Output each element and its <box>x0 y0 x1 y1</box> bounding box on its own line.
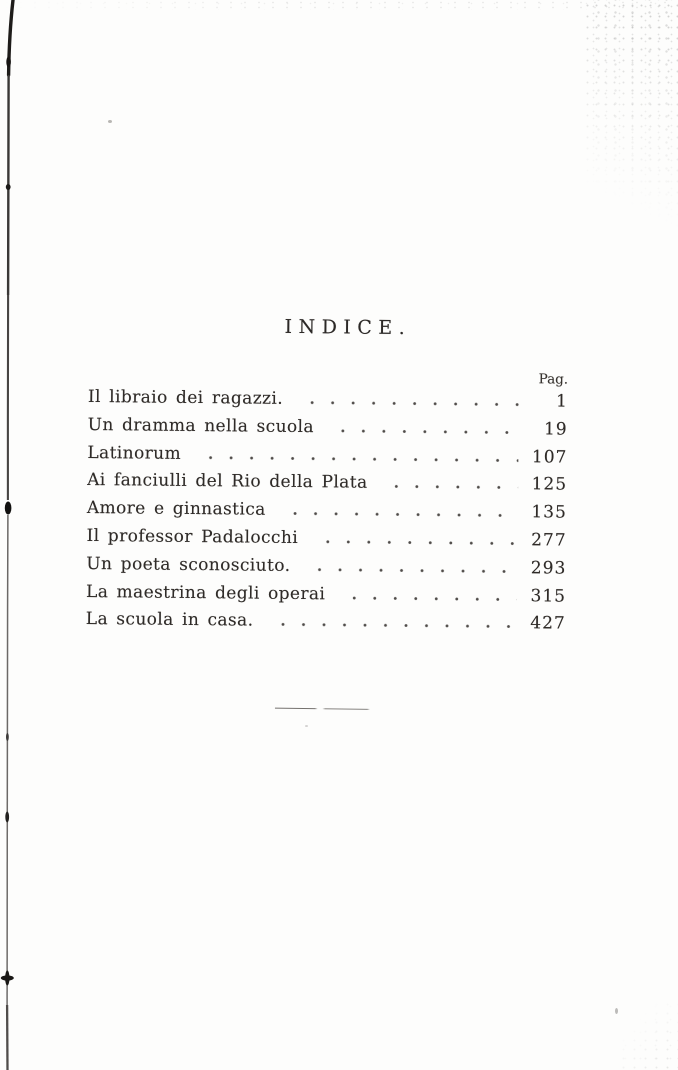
dot-leader <box>266 623 516 628</box>
dot-leader <box>194 456 518 462</box>
page-content: INDICE. Pag. Il libraio dei ragazzi. 1 U… <box>0 0 678 1070</box>
dot-leader <box>338 596 517 601</box>
page-column-header: Pag. <box>520 371 568 387</box>
toc-entry-title: Amore e ginnastica <box>87 495 266 525</box>
book-page: INDICE. Pag. Il libraio dei ragazzi. 1 U… <box>0 0 678 1070</box>
toc-entry-title: Il libraio dei ragazzi. <box>88 384 283 414</box>
toc-entry-page: 125 <box>525 472 567 500</box>
toc-entry-page: 19 <box>526 416 568 444</box>
toc-entry-page: 107 <box>525 444 567 472</box>
toc-entry-title: Un dramma nella scuola <box>88 412 315 442</box>
page-title: INDICE. <box>285 316 412 339</box>
toc-entry: La scuola in casa. 427 <box>86 606 566 638</box>
toc-entry-title: Un poeta sconosciuto. <box>86 551 290 581</box>
section-divider <box>275 708 370 711</box>
toc-entry-title: La scuola in casa. <box>86 606 254 635</box>
dot-leader <box>279 512 518 517</box>
toc-entry-title: Latinorum <box>87 440 181 469</box>
toc-entry-page: 293 <box>524 555 566 583</box>
toc-entry-page: 315 <box>524 583 566 611</box>
toc-entry-page: 427 <box>524 611 566 639</box>
toc-entry-title: Il professor Padalocchi <box>86 523 298 553</box>
toc-entry-title: La maestrina degli operai <box>86 579 325 609</box>
dot-leader <box>303 568 517 573</box>
dot-leader <box>296 401 519 406</box>
toc-entry-page: 277 <box>524 527 566 555</box>
dot-leader <box>311 540 518 545</box>
toc-entry-page: 135 <box>525 499 567 527</box>
toc-entry-page: 1 <box>526 388 568 416</box>
toc-list: Il libraio dei ragazzi. 1 Un dramma nell… <box>86 384 568 639</box>
toc-entry-title: Ai fanciulli del Rio della Plata <box>87 467 368 497</box>
dot-leader <box>327 429 519 434</box>
dot-leader <box>380 485 518 489</box>
